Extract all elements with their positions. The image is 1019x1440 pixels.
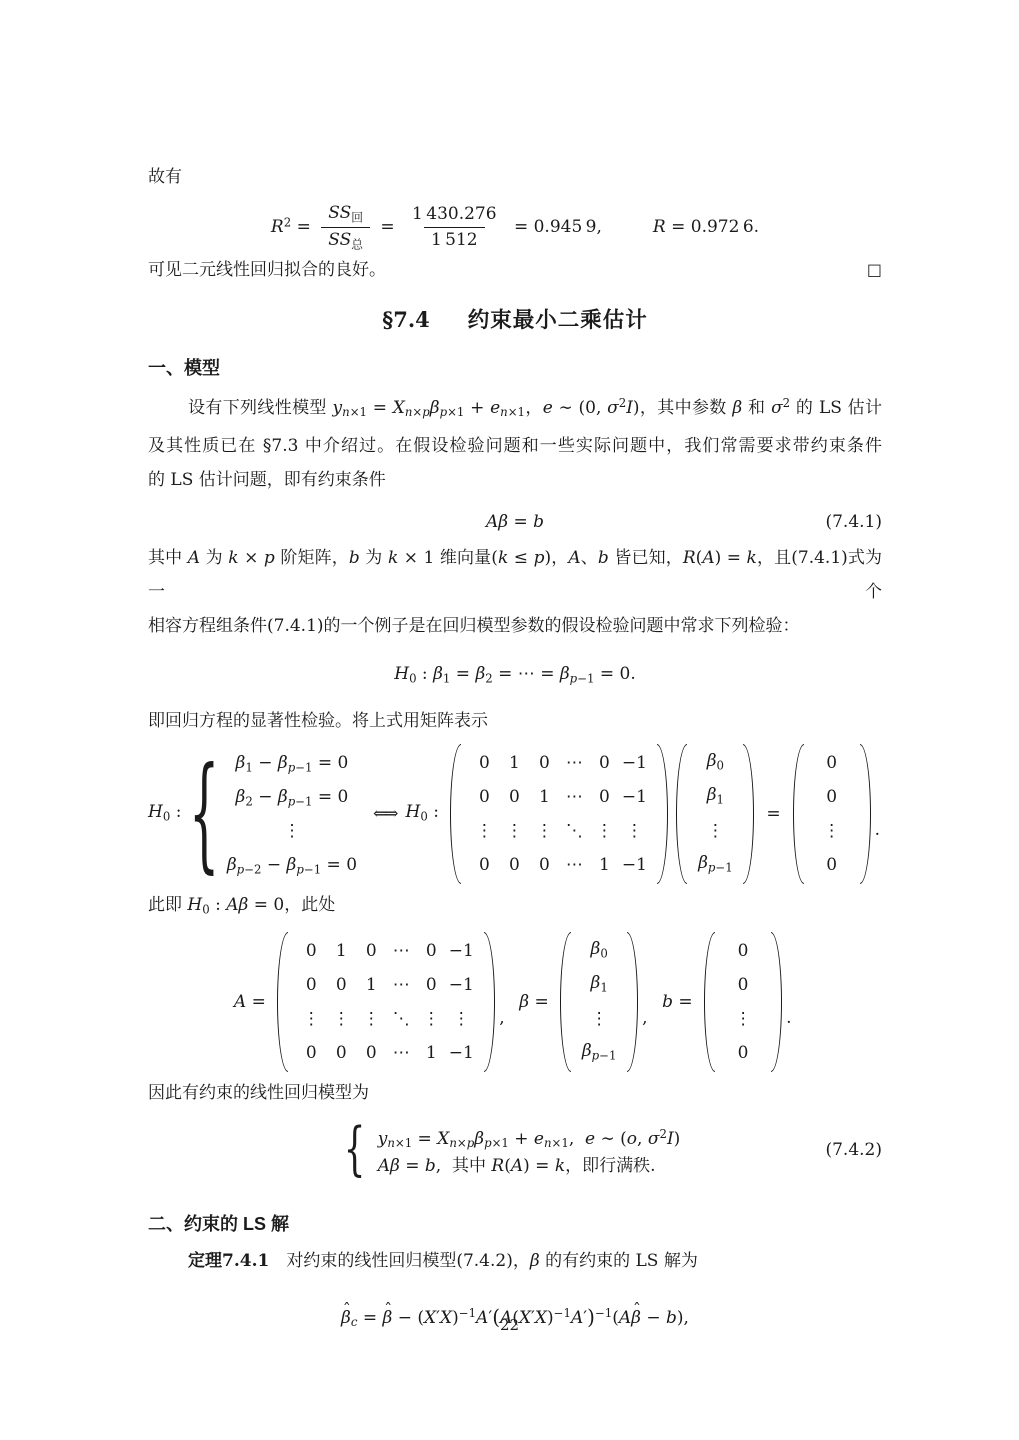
math-segment: − <box>253 787 278 807</box>
math-segment: n <box>342 405 350 419</box>
math-segment: −1 <box>295 794 312 808</box>
math-segment: β <box>707 751 717 771</box>
matrix-cell: ⋯ <box>559 848 589 882</box>
math-segment: 0 <box>479 753 490 773</box>
math-segment: ⋱ <box>566 821 583 841</box>
math-segment: β <box>475 664 485 684</box>
matrix-cell: 1 <box>529 780 559 814</box>
matrix-row: ⋮ <box>579 1002 619 1036</box>
fraction: SS回SS总 <box>321 202 370 253</box>
matrix-cell: 0 <box>723 934 763 968</box>
math-segment: X <box>393 398 405 418</box>
paragraph-line: 其中 A 为 k × p 阶矩阵，b 为 k × 1 维向量(k ≤ p)，A、… <box>148 541 882 609</box>
matrix-row: 010⋯0−1 <box>296 934 476 968</box>
math-segment: = <box>450 664 475 684</box>
matrix-row: 0 <box>812 780 852 814</box>
math-segment: ⋮ <box>283 821 300 841</box>
math-segment: ) <box>633 398 640 418</box>
matrix-row: 0 <box>723 968 763 1002</box>
period: . <box>875 813 882 847</box>
math-segment: ×1 <box>395 1136 412 1150</box>
math-segment: 0 <box>539 855 550 875</box>
matrix-A: 010⋯0−1001⋯0−1⋮⋮⋮⋱⋮⋮000⋯1−1 <box>277 930 495 1074</box>
matrix-cell: 0 <box>529 746 559 780</box>
left-paren <box>277 932 288 1072</box>
math-segment: 2 <box>485 672 492 686</box>
matrix-row: 001⋯0−1 <box>296 968 476 1002</box>
matrix-cell: −1 <box>446 934 476 968</box>
matrix-cell: 0 <box>356 934 386 968</box>
cases-body: β1 − βp−1 = 0β2 − βp−1 = 0⋮βp−2 − βp−1 =… <box>221 746 363 882</box>
math-segment: = 0 <box>321 855 357 875</box>
math-segment: ≤ <box>508 548 533 568</box>
matrix-cell: 0 <box>812 746 852 780</box>
math-segment: 0 <box>826 787 837 807</box>
math-segment: β <box>433 664 443 684</box>
equation-tag: (7.4.1) <box>825 507 882 537</box>
math-segment: 0 <box>599 787 610 807</box>
matrix-cell: 1 <box>326 934 356 968</box>
page-number: 22 <box>0 1316 1019 1334</box>
math-segment: A <box>378 1156 390 1176</box>
math-segment: ⋱ <box>393 1009 410 1029</box>
math-segment: 1 <box>717 792 724 806</box>
math-segment: ) = <box>523 1156 555 1176</box>
math-segment: 1 430.276 <box>412 204 497 224</box>
math-segment: , <box>569 1129 585 1149</box>
matrix-cell: 0 <box>723 968 763 1002</box>
math-segment: 1 <box>599 855 610 875</box>
right-paren <box>657 744 668 884</box>
math-segment: β <box>390 1156 400 1176</box>
vector-beta: β0β1⋮βp−1 <box>560 930 638 1074</box>
math-segment: : <box>428 802 445 822</box>
matrix-cell: ⋯ <box>559 746 589 780</box>
math-segment: A <box>234 992 246 1012</box>
math-segment: ⋮ <box>453 1009 470 1029</box>
paragraph-line: 此即 H0 : Aβ = 0，此处 <box>148 888 882 926</box>
right-paren <box>860 744 871 884</box>
math-segment: ∼ (0, <box>553 398 607 418</box>
math-segment: −2 <box>244 862 261 876</box>
matrix-cell: βp−1 <box>695 846 735 884</box>
math-segment: p <box>264 548 275 568</box>
left-brace-icon: { <box>344 1116 364 1184</box>
math-segment: o <box>627 1129 637 1149</box>
math-segment: = <box>375 217 400 237</box>
math-segment: ⋮ <box>506 821 523 841</box>
cases-row: β2 − βp−1 = 0 <box>221 780 363 814</box>
matrix-cell: −1 <box>619 848 649 882</box>
left-paren <box>676 744 687 884</box>
math-segment: 及其性质已在 §7.3 中介绍过。在假设检验问题和一些实际问题中，我们常需要求带… <box>148 436 882 456</box>
math-segment: k <box>555 1156 565 1176</box>
paragraph-line: 即回归方程的显著性检验。将上式用矩阵表示 <box>148 704 882 738</box>
section-number: §7.4 <box>382 307 430 332</box>
cases-row: ⋮ <box>221 814 363 848</box>
right-paren <box>771 932 782 1072</box>
math-segment: ⋮ <box>536 821 553 841</box>
math-segment: ∼ ( <box>595 1129 627 1149</box>
math-segment: = 0. <box>594 664 635 684</box>
math-segment: ， <box>525 398 543 418</box>
math-segment: 即回归方程的显著性检验。将上式用矩阵表示 <box>148 711 488 731</box>
vector-beta: β0β1⋮βp−1 <box>676 742 754 886</box>
math-segment: −1 <box>622 787 647 807</box>
math-segment: ⋮ <box>303 1009 320 1029</box>
matrix-row: βp−1 <box>695 848 735 882</box>
math-segment: 回 <box>351 210 363 224</box>
math-segment: b <box>662 992 673 1012</box>
math-segment: = 0.945 9, <box>509 217 602 237</box>
matrix-row: 000⋯1−1 <box>296 1036 476 1070</box>
matrix-cell: 0 <box>296 934 326 968</box>
comma: , <box>499 1001 509 1035</box>
cases-row: β1 − βp−1 = 0 <box>221 746 363 780</box>
math-segment: β <box>278 787 288 807</box>
matrix-cell: 0 <box>326 1036 356 1070</box>
A-label: A = <box>234 985 271 1019</box>
math-segment: 0 <box>509 855 520 875</box>
math-segment: 、 <box>581 548 598 568</box>
matrix-cell: β1 <box>579 966 619 1004</box>
matrix-cell: β0 <box>579 932 619 970</box>
matrix-row: β0 <box>695 746 735 780</box>
subsection-ls-solution-heading: 二、约束的 LS 解 <box>148 1212 882 1236</box>
matrix-row: 0 <box>812 746 852 780</box>
math-segment: b <box>425 1156 436 1176</box>
math-segment: 和 <box>742 398 771 418</box>
math-segment: × 1 <box>398 548 440 568</box>
matrix-row: ⋮ <box>812 814 852 848</box>
matrix-row: 000⋯1−1 <box>469 848 649 882</box>
math-segment: ⋮ <box>735 1009 752 1029</box>
math-segment: b <box>533 512 544 532</box>
matrix-cell: −1 <box>446 968 476 1002</box>
matrix-body: β0β1⋮βp−1 <box>687 742 743 886</box>
math-segment: 0 <box>600 946 607 960</box>
math-segment: 阶矩阵， <box>275 548 349 568</box>
math-segment: ×1 <box>552 1136 569 1150</box>
math-segment: 因此有约束的线性回归模型为 <box>148 1083 369 1103</box>
math-segment: 1 <box>336 941 347 961</box>
qed-symbol: □ <box>867 255 882 285</box>
math-segment: = ⋯ = <box>493 664 560 684</box>
math-segment: 设有下列线性模型 <box>188 398 333 418</box>
matrix-row: ⋮⋮⋮⋱⋮⋮ <box>296 1002 476 1036</box>
math-segment: 相容方程组条件(7.4.1)的一个例子是在回归模型参数的假设检验问题中常求下列检… <box>148 616 800 636</box>
math-segment: I <box>626 398 633 418</box>
matrix-row: 0 <box>812 848 852 882</box>
equation-body: Aβ = b <box>486 512 544 532</box>
matrix-row: β0 <box>579 934 619 968</box>
math-segment: A <box>188 548 200 568</box>
h0-cases-block: {β1 − βp−1 = 0β2 − βp−1 = 0⋮βp−2 − βp−1 … <box>189 746 363 882</box>
math-segment: σ <box>648 1129 660 1149</box>
math-segment: e <box>534 1129 544 1149</box>
math-segment: : <box>170 802 187 822</box>
math-segment: 0 <box>826 753 837 773</box>
math-segment: × <box>457 1136 467 1150</box>
math-segment: = <box>246 992 271 1012</box>
theorem-line: 定理7.4.1 对约束的线性回归模型(7.4.2)，β 的有约束的 LS 解为 <box>148 1244 882 1278</box>
equation-body: R2 = SS回SS总 = 1 430.2761 512 = 0.945 9,R… <box>271 202 759 253</box>
math-segment: A <box>226 895 238 915</box>
math-segment: ⋮ <box>423 1009 440 1029</box>
math-segment: β <box>732 398 742 418</box>
matrix-cell: ⋮ <box>619 814 649 848</box>
matrix-row: βp−1 <box>579 1036 619 1070</box>
math-segment: −1 <box>295 760 312 774</box>
matrix-body: 010⋯0−1001⋯0−1⋮⋮⋮⋱⋮⋮000⋯1−1 <box>461 742 657 886</box>
math-segment: A <box>568 548 580 568</box>
subsection-model-heading: 一、模型 <box>148 356 882 380</box>
math-segment: −1 <box>622 855 647 875</box>
matrix-cell: 1 <box>589 848 619 882</box>
matrix-cell: −1 <box>446 1036 476 1070</box>
math-segment: SS <box>328 203 351 223</box>
math-segment: SS总 <box>321 227 370 253</box>
math-segment: 0 <box>336 975 347 995</box>
cases-row: yn×1 = Xn×pβp×1 + en×1, e ∼ (o, σ2I) <box>372 1118 687 1150</box>
matrix-cell: 0 <box>326 968 356 1002</box>
matrix-cell: 0 <box>723 1036 763 1070</box>
math-segment: 1 512 <box>431 230 478 250</box>
equation-7-4-1: Aβ = b (7.4.1) <box>148 507 882 537</box>
math-segment: 1 430.276 <box>405 203 504 227</box>
math-segment: b <box>598 548 609 568</box>
matrix-cell: 1 <box>416 1036 446 1070</box>
math-segment: H <box>394 664 409 684</box>
matrix-cell: 0 <box>812 780 852 814</box>
math-segment: 2 <box>245 794 252 808</box>
matrix-cell: −1 <box>619 780 649 814</box>
abb-definition-equation: A = 010⋯0−1001⋯0−1⋮⋮⋮⋱⋮⋮000⋯1−1 , β = β0… <box>148 930 882 1074</box>
right-paren <box>627 932 638 1072</box>
math-segment: 0 <box>599 753 610 773</box>
math-segment: ) = <box>715 548 747 568</box>
paragraph-line: 的 LS 估计问题，即有约束条件 <box>148 463 882 497</box>
math-segment: −1 <box>599 1048 616 1062</box>
math-segment: −1 <box>449 1043 474 1063</box>
math-segment: 定理 <box>188 1251 222 1270</box>
math-segment: ×1 <box>447 405 464 419</box>
math-segment: p <box>296 862 304 876</box>
math-segment: 其中 <box>452 1156 491 1176</box>
beta-label: β = <box>519 985 554 1019</box>
cases-row: Aβ = b, 其中 R(A) = k，即行满秩. <box>372 1150 687 1182</box>
matrix-cell: ⋮ <box>723 1002 763 1036</box>
math-segment: β <box>474 1129 484 1149</box>
math-segment: ⋮ <box>823 821 840 841</box>
math-segment: β <box>278 753 288 773</box>
matrix-row: 001⋯0−1 <box>469 780 649 814</box>
math-segment: e <box>585 1129 595 1149</box>
equation-7-4-2: {yn×1 = Xn×pβp×1 + en×1, e ∼ (o, σ2I)Aβ … <box>148 1118 882 1182</box>
matrix-body: 010⋯0−1001⋯0−1⋮⋮⋮⋱⋮⋮000⋯1−1 <box>288 930 484 1074</box>
math-segment: 1 <box>539 787 550 807</box>
math-segment: 0 <box>826 855 837 875</box>
matrix-cell: 0 <box>589 746 619 780</box>
math-segment: X <box>437 1129 449 1149</box>
conclusion-text: 可见二元线性回归拟合的良好。 <box>148 255 386 285</box>
math-segment: 0 <box>306 975 317 995</box>
matrix-row: β1 <box>579 968 619 1002</box>
equation-r-squared: R2 = SS回SS总 = 1 430.2761 512 = 0.945 9,R… <box>148 202 882 253</box>
matrix-cell: −1 <box>619 746 649 780</box>
math-segment: −1 <box>304 862 321 876</box>
math-segment: ⋯ <box>393 941 410 961</box>
intro-text: 故有 <box>148 160 882 194</box>
matrix-cell: 0 <box>499 848 529 882</box>
math-segment: = 0 <box>312 753 348 773</box>
math-segment: 1 <box>245 760 252 774</box>
matrix-cell: 0 <box>469 746 499 780</box>
math-segment: 的 LS 估计 <box>790 398 882 418</box>
math-segment: 0 <box>420 809 427 823</box>
math-segment: 为 <box>360 548 388 568</box>
math-segment: = <box>400 1156 425 1176</box>
math-segment: ⋯ <box>393 975 410 995</box>
matrix-A: 010⋯0−1001⋯0−1⋮⋮⋮⋱⋮⋮000⋯1−1 <box>450 742 668 886</box>
math-segment: 2 <box>659 1127 666 1141</box>
left-paren <box>793 744 804 884</box>
equation-h0: H0 : β1 = β2 = ⋯ = βp−1 = 0. <box>148 659 882 693</box>
math-segment: 维向量( <box>440 548 498 568</box>
math-segment: I <box>667 1129 674 1149</box>
math-segment: R <box>683 548 696 568</box>
math-segment: 0 <box>539 753 550 773</box>
left-brace-icon: { <box>189 769 213 857</box>
math-segment: 0 <box>306 1043 317 1063</box>
math-segment: ⋮ <box>591 1009 608 1029</box>
matrix-cell: ⋮ <box>446 1002 476 1036</box>
math-segment: : <box>417 664 434 684</box>
math-segment: = <box>412 1129 437 1149</box>
math-segment: = <box>367 398 393 418</box>
math-segment: β <box>698 853 708 873</box>
matrix-cell: ⋮ <box>416 1002 446 1036</box>
math-segment: 1 <box>366 975 377 995</box>
math-segment: + <box>509 1129 534 1149</box>
cases-body: yn×1 = Xn×pβp×1 + en×1, e ∼ (o, σ2I)Aβ =… <box>372 1118 687 1182</box>
matrix-cell: ⋮ <box>326 1002 356 1036</box>
math-segment: −1 <box>449 975 474 995</box>
iff-arrow: ⇐⇒ <box>373 797 396 831</box>
math-segment: n <box>500 405 508 419</box>
math-segment: 0 <box>717 758 724 772</box>
math-segment: 总 <box>351 237 363 251</box>
math-segment: ⋮ <box>596 821 613 841</box>
left-paren <box>450 744 461 884</box>
document-page: 故有 R2 = SS回SS总 = 1 430.2761 512 = 0.945 … <box>0 0 1019 1440</box>
math-segment: β <box>287 855 297 875</box>
matrix-row: ⋮⋮⋮⋱⋮⋮ <box>469 814 649 848</box>
math-segment: 0 <box>409 672 416 686</box>
math-segment: SS <box>328 230 351 250</box>
section-title: 约束最小二乘估计 <box>468 303 648 334</box>
math-segment: e <box>490 398 500 418</box>
matrix-cell: ⋮ <box>695 814 735 848</box>
math-segment: p <box>422 405 430 419</box>
math-segment: n <box>544 1136 552 1150</box>
math-segment: 0 <box>336 1043 347 1063</box>
math-segment: 0 <box>366 1043 377 1063</box>
matrix-cell: β0 <box>695 744 735 782</box>
matrix-cell: ⋱ <box>559 814 589 848</box>
math-segment: ⋯ <box>566 787 583 807</box>
matrix-cell: ⋮ <box>296 1002 326 1036</box>
math-segment: 其中 <box>148 548 188 568</box>
math-segment: y <box>333 398 343 418</box>
math-segment: 1 <box>509 753 520 773</box>
math-segment: β <box>530 1251 540 1271</box>
math-segment: e <box>543 398 553 418</box>
math-segment: = <box>529 992 554 1012</box>
h0-matrix-equation: H0 : {β1 − βp−1 = 0β2 − βp−1 = 0⋮βp−2 − … <box>148 742 882 886</box>
section-heading: §7.4 约束最小二乘估计 <box>148 303 882 334</box>
math-segment: × <box>239 548 264 568</box>
math-segment: n <box>387 1136 395 1150</box>
matrix-body: β0β1⋮βp−1 <box>571 930 627 1074</box>
matrix-row: ⋮ <box>723 1002 763 1036</box>
math-segment: SS回 <box>321 202 370 227</box>
math-segment: p <box>440 405 448 419</box>
paragraph-line: 设有下列线性模型 yn×1 = Xn×pβp×1 + en×1，e ∼ (0, … <box>148 386 882 429</box>
equation-tag: (7.4.2) <box>825 1140 882 1160</box>
math-segment: A <box>511 1156 523 1176</box>
matrix-cell: ⋯ <box>559 780 589 814</box>
matrix-cell: 0 <box>589 780 619 814</box>
matrix-cell: ⋮ <box>356 1002 386 1036</box>
math-segment: k <box>228 548 238 568</box>
math-segment: − <box>253 753 278 773</box>
matrix-row: β1 <box>695 780 735 814</box>
math-segment: 0 <box>509 787 520 807</box>
matrix-cell: ⋮ <box>529 814 559 848</box>
math-segment: β <box>236 787 246 807</box>
math-segment: 7.4.1 <box>222 1251 269 1271</box>
matrix-cell: ⋱ <box>386 1002 416 1036</box>
math-segment: p <box>484 1136 492 1150</box>
vector-zero: 00⋮0 <box>704 930 782 1074</box>
math-segment: × <box>412 405 422 419</box>
matrix-cell: 0 <box>812 848 852 882</box>
math-segment: A <box>702 548 714 568</box>
paragraph-line: 相容方程组条件(7.4.1)的一个例子是在回归模型参数的假设检验问题中常求下列检… <box>148 609 882 643</box>
matrix-body: 00⋮0 <box>715 930 771 1074</box>
math-segment: 1 512 <box>424 227 485 252</box>
matrix-cell: 0 <box>296 1036 326 1070</box>
math-segment: 0 <box>426 975 437 995</box>
vector-zero: 00⋮0 <box>793 742 871 886</box>
math-segment: β <box>498 512 508 532</box>
math-segment: = <box>508 512 533 532</box>
math-segment: ×1 <box>350 405 367 419</box>
math-segment: , <box>436 1156 452 1176</box>
cases-row: βp−2 − βp−1 = 0 <box>221 848 363 882</box>
math-segment: 1 <box>600 980 607 994</box>
matrix-cell: ⋮ <box>812 814 852 848</box>
math-segment: ⋯ <box>566 855 583 875</box>
model-cases-block: {yn×1 = Xn×pβp×1 + en×1, e ∼ (o, σ2I)Aβ … <box>344 1118 687 1182</box>
math-segment: ⋮ <box>476 821 493 841</box>
paragraph-line: 因此有约束的线性回归模型为 <box>148 1076 882 1110</box>
h0-label: H0 : <box>148 795 187 833</box>
math-segment: 0 <box>738 975 749 995</box>
matrix-cell: ⋯ <box>386 968 416 1002</box>
math-segment: β <box>590 973 600 993</box>
